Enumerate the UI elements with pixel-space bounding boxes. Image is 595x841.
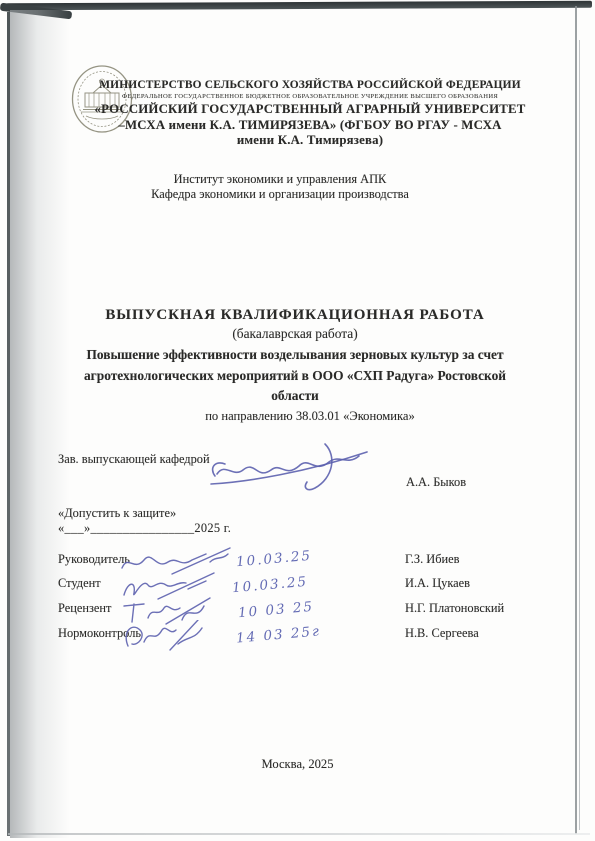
thesis-title-line-3: области [30,386,560,407]
university-name-line-2: –МСХА имени К.А. ТИМИРЯЗЕВА» (ФГБОУ ВО Р… [75,118,545,134]
fgbou-line: ФЕДЕРАЛЬНОЕ ГОСУДАРСТВЕННОЕ БЮДЖЕТНОЕ ОБ… [75,92,545,102]
title-block: ВЫПУСКНАЯ КВАЛИФИКАЦИОННАЯ РАБОТА (бакал… [30,306,560,407]
head-of-department-name: А.А. Быков [406,475,466,490]
signature-date-normcontrol: 14 03 25г [235,623,321,646]
scanned-title-page: МИНИСТЕРСТВО СЕЛЬСКОГО ХОЗЯЙСТВА РОССИЙС… [0,0,595,841]
program-line: по направлению 38.03.01 «Экономика» [60,409,560,424]
role-label-reviewer: Рецензент [58,601,111,616]
letterhead: МИНИСТЕРСТВО СЕЛЬСКОГО ХОЗЯЙСТВА РОССИЙС… [75,78,545,149]
head-of-department-label: Зав. выпускающей кафедрой [58,452,210,467]
city-year: Москва, 2025 [0,757,595,772]
department-line: Кафедра экономики и организации производ… [20,187,540,202]
institute-line: Институт экономики и управления АПК [20,172,540,187]
scan-edge-right-faint [579,40,580,830]
thesis-title-line-1: Повышение эффективности возделывания зер… [30,345,560,366]
scan-edge-top [6,1,592,11]
institute-block: Институт экономики и управления АПК Кафе… [20,172,540,202]
signatory-name-normcontrol: Н.В. Сергеева [405,626,479,641]
signatory-name-supervisor: Г.З. Ибиев [405,552,460,567]
signature-date-student: 10.03.25 [231,574,308,597]
university-name-line-1: «РОССИЙСКИЙ ГОСУДАРСТВЕННЫЙ АГРАРНЫЙ УНИ… [75,102,545,118]
work-type-title: ВЫПУСКНАЯ КВАЛИФИКАЦИОННАЯ РАБОТА [30,306,560,325]
signatory-name-reviewer: Н.Г. Платоновский [405,601,504,616]
scan-edge-right [575,6,577,834]
work-subtype: (бакалаврская работа) [30,325,560,343]
normcontrol-signature-icon [118,620,238,652]
university-name-line-3: имени К.А. Тимирязева) [75,133,545,149]
scan-edge-bottom [8,833,590,835]
date-blank-line: «___»________________2025 г. [58,521,231,536]
role-label-student: Студент [58,576,101,591]
signatory-name-student: И.А. Цукаев [405,576,470,591]
head-signature-icon [205,438,380,502]
signature-date-supervisor: 10.03.25 [235,548,312,571]
signature-date-reviewer: 10 03 25 [237,599,314,622]
thesis-title-line-2: агротехнологических мероприятий в ООО «С… [30,366,560,387]
admit-to-defense-label: «Допустить к защите» [58,506,176,521]
ministry-line: МИНИСТЕРСТВО СЕЛЬСКОГО ХОЗЯЙСТВА РОССИЙС… [75,78,545,92]
book-spine-shadow [10,10,70,838]
